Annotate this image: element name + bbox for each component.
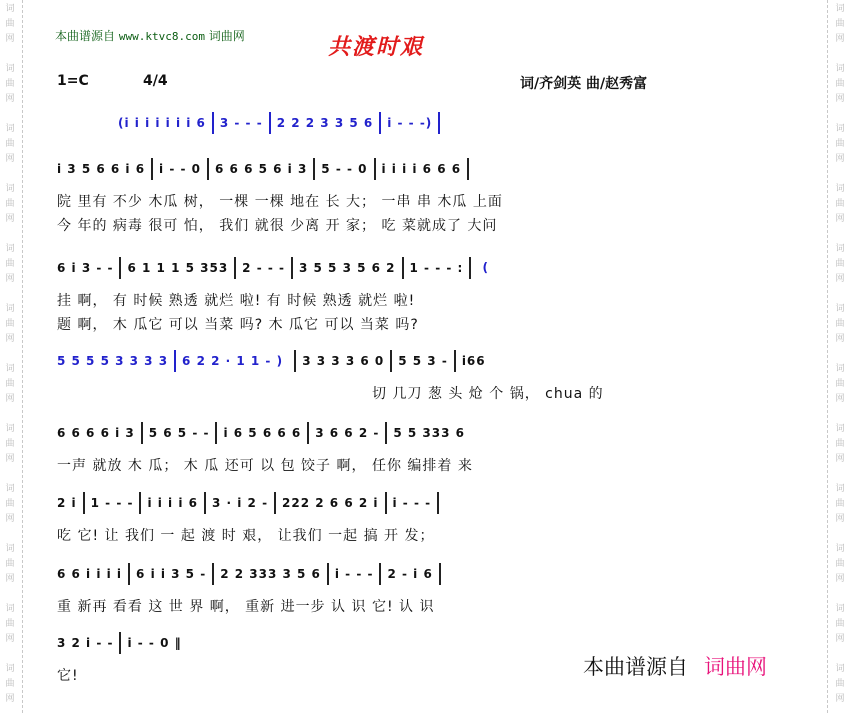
barline (294, 350, 296, 372)
measure: 2 - i 6 (387, 567, 432, 581)
measure: 2 - - - (242, 261, 285, 275)
lyric-line: 重 新再 看看 这 世 界 啊， 重新 进一步 认 识 它! 认 识 (57, 596, 434, 616)
barline (437, 492, 439, 514)
lyric-line: 题 啊， 木 瓜它 可以 当菜 吗? 木 瓜它 可以 当菜 吗? (57, 314, 419, 334)
lyric-line: 一声 就放 木 瓜； 木 瓜 还可 以 包 饺子 啊， 任你 编排着 来 (57, 455, 473, 475)
measure: 1 - - - : (410, 261, 464, 275)
notation-line: i 3 5 6 6 i 6 i - - 0 6 6 6 5 6 i 3 5 - … (57, 158, 475, 180)
barline (402, 257, 404, 279)
watermark-text: 词曲网 (0, 2, 20, 47)
watermark-text: 词曲网 (830, 182, 850, 227)
notation-line: 3 2 i - - i - - 0 ‖ (57, 632, 182, 654)
measure: 5 5 5 5 3 3 3 3 (57, 354, 168, 368)
time-signature: 4/4 (143, 73, 168, 89)
notation-line: 5 5 5 5 3 3 3 3 6 2 2 · 1 1 - ) 3 3 3 3 … (57, 350, 486, 372)
measure: 6 6 6 5 6 i 3 (215, 162, 307, 176)
measure: i 6 5 6 6 6 (223, 426, 301, 440)
barline (207, 158, 209, 180)
measure: 6 2 2 · 1 1 - ) (182, 354, 283, 368)
watermark-text: 词曲网 (0, 302, 20, 347)
measure: (i i i i i i i 6 (118, 116, 206, 130)
repeat-open-paren: ( (477, 261, 489, 275)
watermark-text: 词曲网 (0, 122, 20, 167)
measure: 6 6 i i i i (57, 567, 122, 581)
barline (119, 257, 121, 279)
notation-line: 2 i 1 - - - i i i i 6 3 · i 2 - 222 2 6 … (57, 492, 445, 514)
measure: 3 3 3 3 6 0 (302, 354, 384, 368)
watermark-text: 词曲网 (830, 362, 850, 407)
barline (379, 112, 381, 134)
lyric-line: 今 年的 病毒 很可 怕， 我们 就很 少离 开 家； 吃 菜就成了 大问 (57, 215, 497, 235)
barline (469, 257, 471, 279)
measure: 3 6 6 2 - (315, 426, 379, 440)
measure: i - - - (393, 496, 432, 510)
measure: 5 - - 0 (321, 162, 367, 176)
measure: i - - 0 ‖ (127, 636, 181, 650)
watermark-text: 词曲网 (830, 242, 850, 287)
barline (379, 563, 381, 585)
measure: i66 (462, 354, 486, 368)
barline (212, 112, 214, 134)
notation-line: 6 6 6 6 i 3 5 6 5 - - i 6 5 6 6 6 3 6 6 … (57, 422, 465, 444)
barline (327, 563, 329, 585)
barline (204, 492, 206, 514)
watermark-text: 词曲网 (830, 542, 850, 587)
watermark-text: 词曲网 (830, 422, 850, 467)
barline (212, 563, 214, 585)
measure: 3 · i 2 - (212, 496, 268, 510)
barline (291, 257, 293, 279)
barline (454, 350, 456, 372)
barline (438, 112, 440, 134)
watermark-text: 词曲网 (830, 302, 850, 347)
barline (151, 158, 153, 180)
measure: 6 i 3 - - (57, 261, 113, 275)
barline (439, 563, 441, 585)
lyric-line: 挂 啊， 有 时候 熟透 就烂 啦! 有 时候 熟透 就烂 啦! (57, 290, 415, 310)
interlude-notes: 5 5 5 5 3 3 3 3 6 2 2 · 1 1 - ) (57, 354, 283, 368)
barline (119, 632, 121, 654)
measure: 6 6 6 6 i 3 (57, 426, 135, 440)
watermark-text: 词曲网 (0, 62, 20, 107)
measure: i - - -) (387, 116, 432, 130)
key-signature: 1=C (57, 73, 89, 89)
source-brand: 词曲网 (209, 29, 245, 43)
barline (374, 158, 376, 180)
barline (467, 158, 469, 180)
watermark-text: 词曲网 (830, 122, 850, 167)
notation-line: 6 6 i i i i 6 i i 3 5 - 2 2 333 3 5 6 i … (57, 563, 447, 585)
source-watermark-bottom: 本曲谱源自词曲网 (583, 651, 767, 681)
barline (307, 422, 309, 444)
measure: i - - - (335, 567, 374, 581)
measure: 222 2 6 6 2 i (282, 496, 378, 510)
notation-line: (i i i i i i i 6 3 - - - 2 2 2 3 3 5 6 i… (118, 112, 446, 134)
left-watermark-strip: 词曲网词曲网词曲网词曲网词曲网词曲网词曲网词曲网词曲网词曲网词曲网词曲网 (0, 0, 23, 713)
measure: 5 5 3 - (398, 354, 448, 368)
watermark-text: 词曲网 (0, 662, 20, 707)
measure: i i i i 6 6 6 (382, 162, 462, 176)
right-watermark-strip: 词曲网词曲网词曲网词曲网词曲网词曲网词曲网词曲网词曲网词曲网词曲网词曲网 (827, 0, 850, 713)
watermark-text: 词曲网 (0, 422, 20, 467)
barline (274, 492, 276, 514)
barline (215, 422, 217, 444)
barline (234, 257, 236, 279)
watermark-text: 词曲网 (0, 362, 20, 407)
measure: 6 i i 3 5 - (136, 567, 206, 581)
barline (174, 350, 176, 372)
source-url: www.ktvc8.com (119, 30, 205, 43)
watermark-text: 词曲网 (830, 662, 850, 707)
measure: 6 1 1 1 5 353 (127, 261, 228, 275)
measure: i 3 5 6 6 i 6 (57, 162, 145, 176)
song-title: 共渡时艰 (328, 30, 424, 61)
notation-line: 6 i 3 - - 6 1 1 1 5 353 2 - - - 3 5 5 3 … (57, 257, 489, 279)
measure: 2 2 2 3 3 5 6 (277, 116, 374, 130)
lyric-line: 它! (57, 665, 79, 685)
barline (390, 350, 392, 372)
measure: i - - 0 (159, 162, 201, 176)
watermark-text: 词曲网 (0, 542, 20, 587)
measure: 2 2 333 3 5 6 (220, 567, 321, 581)
measure: 1 - - - (91, 496, 134, 510)
watermark-text: 词曲网 (0, 242, 20, 287)
watermark-text: 词曲网 (830, 2, 850, 47)
barline (128, 563, 130, 585)
watermark-text: 词曲网 (830, 482, 850, 527)
barline (385, 422, 387, 444)
measure: 3 5 5 3 5 6 2 (299, 261, 396, 275)
lyric-line: 吃 它! 让 我们 一 起 渡 时 艰， 让我们 一起 搞 开 发； (57, 525, 434, 545)
source-prefix: 本曲谱源自 (583, 655, 688, 679)
source-watermark-top: 本曲谱源自 www.ktvc8.com 词曲网 (55, 27, 245, 44)
measure: 2 i (57, 496, 77, 510)
barline (141, 422, 143, 444)
source-prefix: 本曲谱源自 (55, 29, 115, 43)
source-brand: 词曲网 (704, 655, 767, 679)
measure: 3 - - - (220, 116, 263, 130)
measure: 3 2 i - - (57, 636, 113, 650)
measure: 5 5 333 6 (393, 426, 465, 440)
measure: 5 6 5 - - (149, 426, 210, 440)
barline (83, 492, 85, 514)
song-credits: 词/齐剑英 曲/赵秀富 (520, 73, 647, 93)
watermark-text: 词曲网 (0, 182, 20, 227)
barline (385, 492, 387, 514)
watermark-text: 词曲网 (830, 602, 850, 647)
lyric-line: 院 里有 不少 木瓜 树， 一棵 一棵 地在 长 大； 一串 串 木瓜 上面 (57, 191, 503, 211)
measure: i i i i 6 (147, 496, 198, 510)
watermark-text: 词曲网 (0, 602, 20, 647)
watermark-text: 词曲网 (830, 62, 850, 107)
barline (269, 112, 271, 134)
barline (139, 492, 141, 514)
watermark-text: 词曲网 (0, 482, 20, 527)
lyric-line: 切 几刀 葱 头 炝 个 锅， chua 的 (372, 383, 604, 403)
barline (313, 158, 315, 180)
